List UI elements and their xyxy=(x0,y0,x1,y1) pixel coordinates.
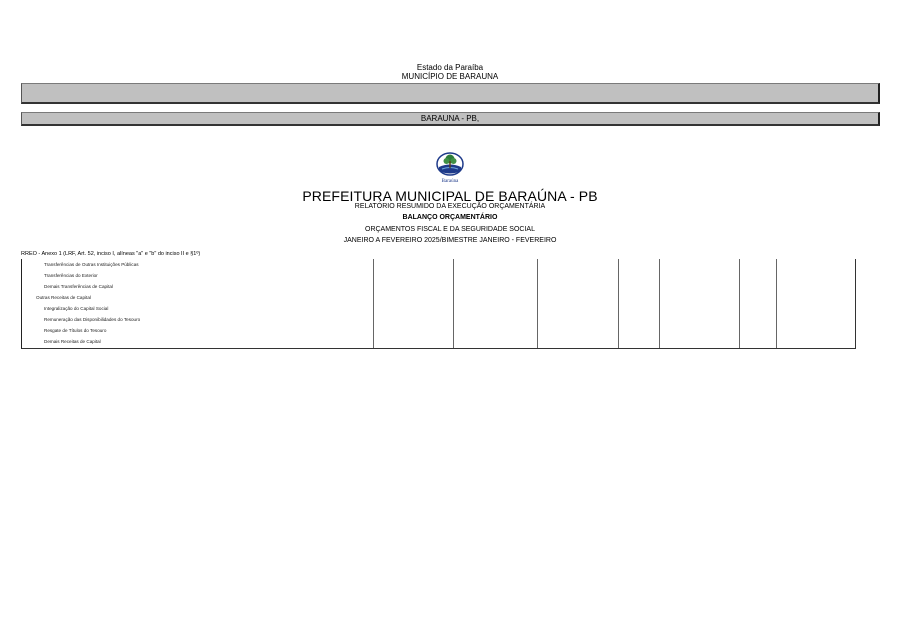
table-row: Demais Transferências de Capital xyxy=(44,284,113,290)
header-bar xyxy=(21,83,880,104)
column-divider xyxy=(855,259,856,348)
report-period: JANEIRO A FEVEREIRO 2025/BIMESTRE JANEIR… xyxy=(0,237,900,245)
municipal-coat-of-arms-icon: Baraúna xyxy=(432,150,468,184)
table-row: Transferências de Outras Instituições Pú… xyxy=(44,262,139,268)
table-row: Remuneração das Disponibilidades do Teso… xyxy=(44,317,140,323)
budget-table: Transferências de Outras Instituições Pú… xyxy=(21,259,856,349)
report-section: BALANÇO ORÇAMENTÁRIO xyxy=(0,214,900,222)
column-divider xyxy=(453,259,454,348)
municipality-name: MUNICÍPIO DE BARAUNA xyxy=(0,72,900,81)
table-row: Resgate de Títulos do Tesouro xyxy=(44,328,106,334)
annex-reference: RREO - Anexo 1 (LRF, Art. 52, inciso I, … xyxy=(21,251,200,258)
table-row: Outras Receitas de Capital xyxy=(36,295,91,301)
column-divider xyxy=(659,259,660,348)
column-divider xyxy=(776,259,777,348)
table-row: Demais Receitas de Capital xyxy=(44,339,101,345)
report-subtitle: RELATÓRIO RESUMIDO DA EXECUÇÃO ORÇAMENTÁ… xyxy=(0,203,900,211)
column-divider xyxy=(537,259,538,348)
column-divider xyxy=(373,259,374,348)
table-row: Integralização do Capital Social xyxy=(44,306,108,312)
table-row: Transferências do Exterior xyxy=(44,273,98,279)
column-divider xyxy=(739,259,740,348)
state-name: Estado da Paraíba xyxy=(0,63,900,72)
report-scope: ORÇAMENTOS FISCAL E DA SEGURIDADE SOCIAL xyxy=(0,226,900,234)
report-title: PREFEITURA MUNICIPAL DE BARAÚNA - PB xyxy=(0,188,900,204)
column-divider xyxy=(618,259,619,348)
location-bar: BARAUNA - PB, xyxy=(21,112,880,126)
svg-text:Baraúna: Baraúna xyxy=(442,179,459,184)
